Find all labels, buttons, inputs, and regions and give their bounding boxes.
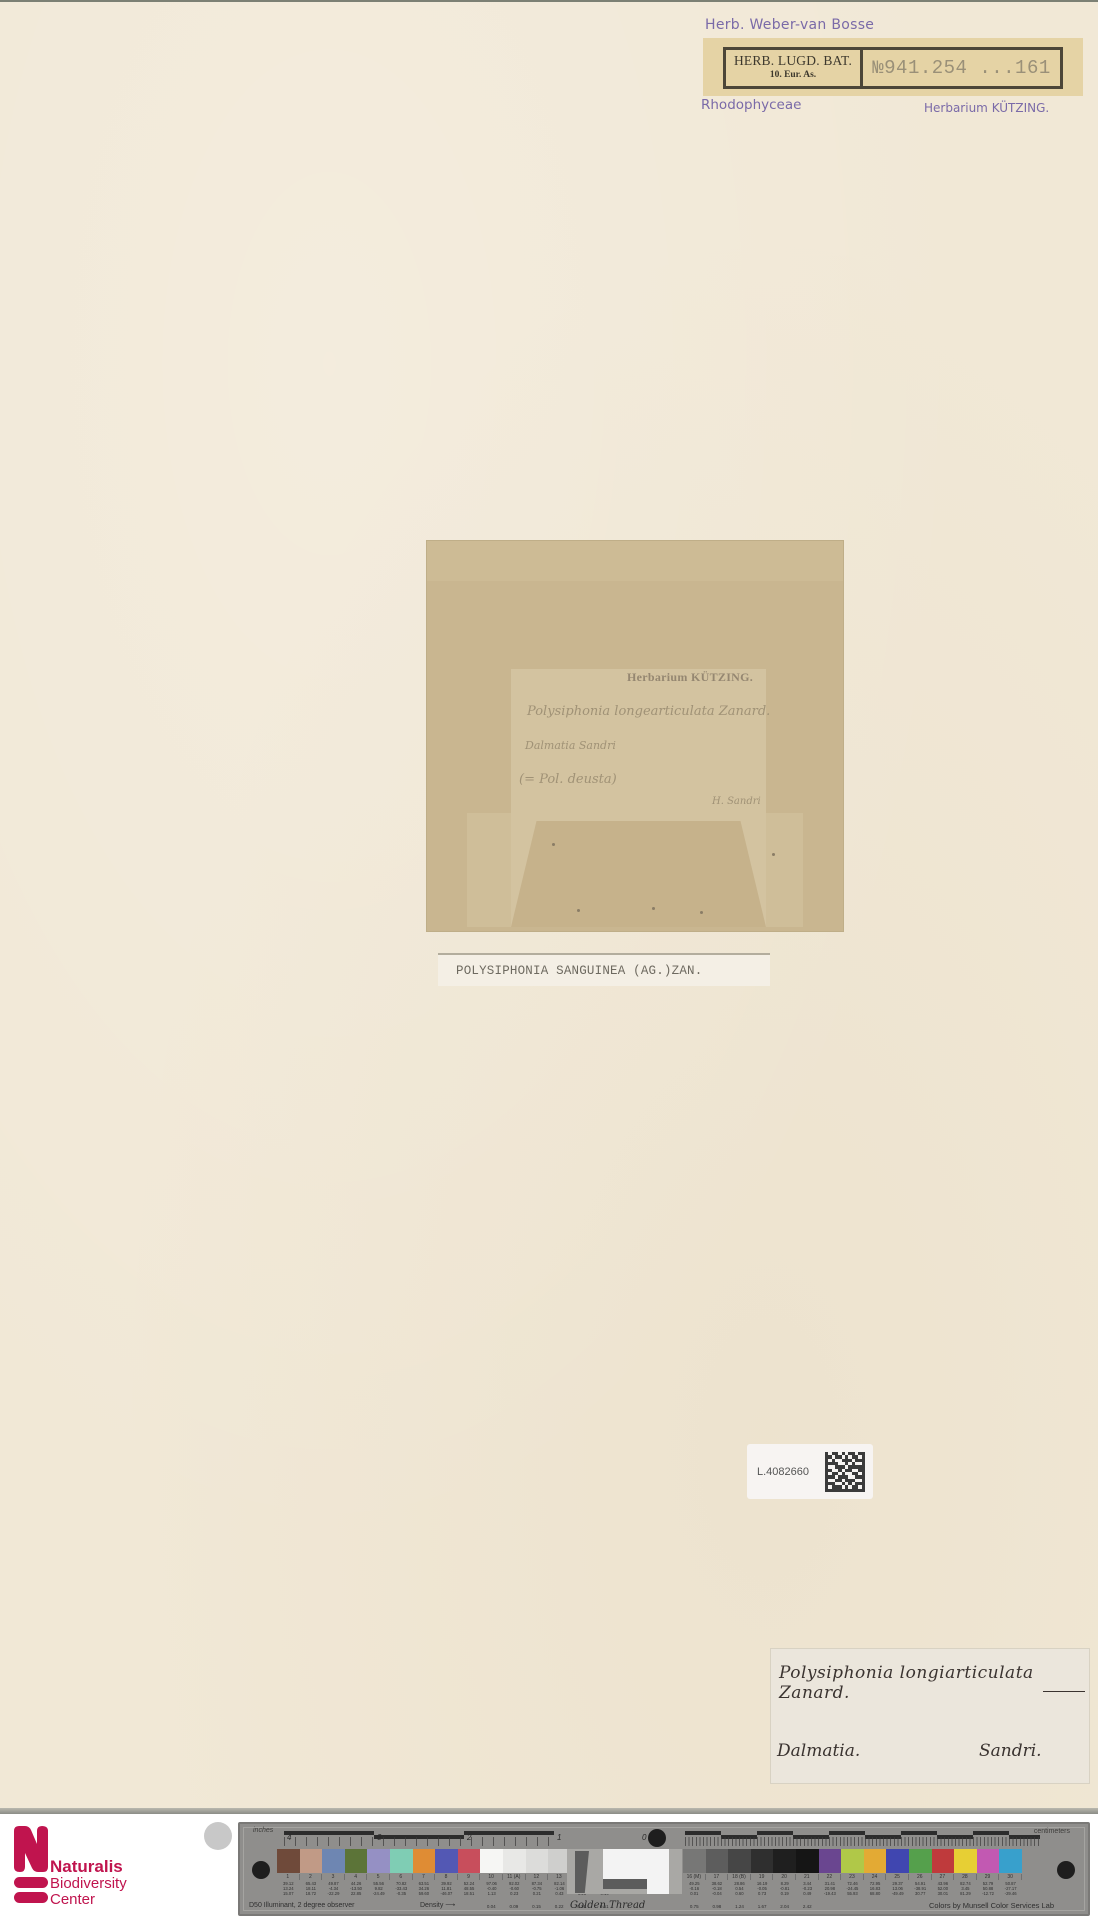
color-patch-10 (480, 1849, 503, 1873)
naturalis-n-icon (14, 1826, 48, 1872)
patch-numbers-right: 16 (M)1718 (B)192021222324252627282930 (683, 1874, 1022, 1880)
specimen-fragment (577, 909, 580, 912)
lab-values-right: 49.25-0.160.01 38.62-0.18-0.04 28.860.54… (683, 1881, 1022, 1897)
illuminant-text: D50 Illuminant, 2 degree observer (249, 1902, 354, 1909)
slip-locality: Dalmatia. (777, 1741, 860, 1761)
color-patch-18 (728, 1849, 751, 1873)
envelope-herbarium-print: Herbarium KÜTZING. (627, 670, 753, 685)
inch-mark: 1 (557, 1833, 561, 1842)
herbarium-stamp: Herbarium KÜTZING. (924, 101, 1049, 115)
color-patch-28 (954, 1849, 977, 1873)
specimen-fragment (652, 907, 655, 910)
color-patch-1 (277, 1849, 300, 1873)
logo-text-biodiversity: Biodiversity (50, 1876, 127, 1891)
color-patch-17 (706, 1849, 729, 1873)
color-patch-23 (841, 1849, 864, 1873)
original-label-slip: Polysiphonia longiarticulata Zanard. Dal… (770, 1648, 1090, 1784)
color-patches-left (277, 1849, 616, 1873)
color-calibration-strip: inches centimeters 4 3 2 1 0 (238, 1822, 1090, 1916)
collection-stamp: Herb. Weber-van Bosse (705, 17, 874, 33)
envelope-handwriting-collector: H. Sandri (712, 796, 761, 807)
catalog-number: L.4082660 (757, 1466, 809, 1478)
color-patch-11 (503, 1849, 526, 1873)
envelope-handwriting-taxon: Polysiphonia longearticulata Zanard. (527, 704, 770, 719)
color-patch-12 (526, 1849, 549, 1873)
envelope-handwriting-synonym: (= Pol. deusta) (519, 772, 617, 787)
color-patch-5 (367, 1849, 390, 1873)
datamatrix-barcode-icon (825, 1452, 865, 1492)
golden-thread-brand: Golden Thread (570, 1900, 645, 1911)
determination-label: POLYSIPHONIA SANGUINEA (AG.)ZAN. (438, 953, 770, 986)
color-patch-3 (322, 1849, 345, 1873)
strip-hole-left (252, 1861, 270, 1879)
inch-mark: 0 (642, 1833, 646, 1842)
color-patch-20 (773, 1849, 796, 1873)
color-patch-24 (864, 1849, 887, 1873)
logo-bar (14, 1892, 48, 1903)
color-patch-25 (886, 1849, 909, 1873)
logo-text-center: Center (50, 1892, 95, 1907)
specimen-number: №941.254 ...161 (863, 50, 1060, 86)
slip-underline (1043, 1691, 1085, 1692)
envelope-bottom-flap (511, 821, 766, 927)
color-patch-29 (977, 1849, 1000, 1873)
inch-ruler (284, 1831, 554, 1847)
color-patch-19 (751, 1849, 774, 1873)
density-label: Density ⟶ (420, 1901, 455, 1909)
munsell-credit: Colors by Munsell Color Services Lab (929, 1901, 1054, 1910)
group-stamp: Rhodophyceae (701, 97, 801, 113)
color-patch-27 (932, 1849, 955, 1873)
density-values-right: 0.750.981.241.672.042.42 (683, 1904, 819, 1909)
strip-hole-right (1057, 1861, 1075, 1879)
logo-bar (14, 1877, 48, 1888)
envelope-handwriting-locality: Dalmatia Sandri (525, 739, 616, 752)
cm-ruler (685, 1831, 1040, 1847)
naturalis-logo: Naturalis Biodiversity Center (12, 1826, 152, 1911)
strip-inches-label: inches (253, 1827, 273, 1834)
slip-taxon: Polysiphonia longiarticulata Zanard. (779, 1663, 1089, 1703)
color-patch-8 (435, 1849, 458, 1873)
specimen-fragment (700, 911, 703, 914)
envelope-top-flap (427, 541, 843, 581)
inch-mark: 2 (467, 1833, 471, 1842)
specimen-fragment (552, 843, 555, 846)
color-patch-30 (999, 1849, 1022, 1873)
barcode-label[interactable]: L.4082660 (747, 1444, 873, 1499)
color-patch-6 (390, 1849, 413, 1873)
color-patch-9 (458, 1849, 481, 1873)
institution-label: HERB. LUGD. BAT. 10. Eur. As. №941.254 .… (703, 38, 1083, 96)
color-patch-16 (683, 1849, 706, 1873)
color-patch-21 (796, 1849, 819, 1873)
color-patch-7 (413, 1849, 436, 1873)
color-patch-4 (345, 1849, 368, 1873)
color-patch-22 (819, 1849, 842, 1873)
logo-text-naturalis: Naturalis (50, 1858, 123, 1875)
inch-mark: 4 (287, 1833, 291, 1842)
grey-reference-dot (204, 1822, 232, 1850)
color-patches-right (683, 1849, 1022, 1873)
lab-values-left: 39.1213.2415.07 65.4318.1118.72 49.87-4.… (277, 1881, 616, 1897)
specimen-fragment (772, 853, 775, 856)
color-patch-2 (300, 1849, 323, 1873)
specimen-envelope[interactable]: Herbarium KÜTZING. Polysiphonia longeart… (427, 541, 843, 931)
golden-thread-target (567, 1849, 682, 1894)
color-patch-26 (909, 1849, 932, 1873)
institution-label-box: HERB. LUGD. BAT. 10. Eur. As. №941.254 .… (723, 47, 1063, 89)
strip-hole-center (648, 1829, 666, 1847)
slip-collector: Sandri. (979, 1741, 1042, 1761)
institution-name: HERB. LUGD. BAT. (726, 53, 860, 69)
patch-numbers-left: 1234567891011 (A)12131415 (277, 1874, 616, 1880)
inch-mark: 3 (377, 1833, 381, 1842)
institution-section: 10. Eur. As. (726, 70, 860, 80)
institution-label-left: HERB. LUGD. BAT. 10. Eur. As. (726, 50, 863, 86)
